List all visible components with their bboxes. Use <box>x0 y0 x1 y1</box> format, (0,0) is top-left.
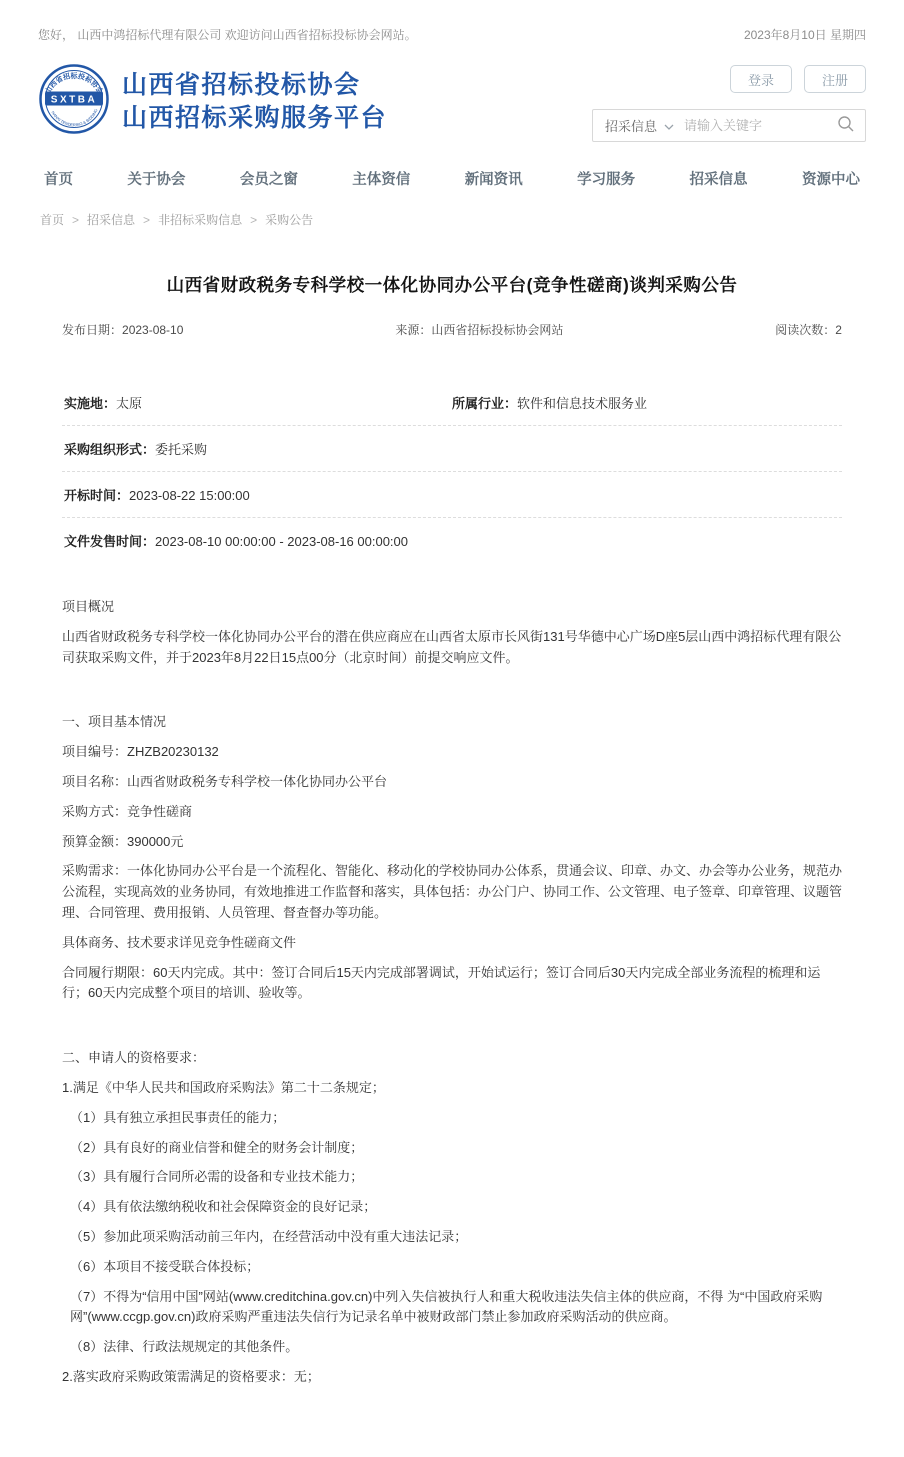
info-value: 2023-08-10 00:00:00 - 2023-08-16 00:00:0… <box>155 534 408 549</box>
article-paragraph: 山西省财政税务专科学校一体化协同办公平台的潜在供应商应在山西省太原市长风街131… <box>62 627 842 669</box>
info-cell: 文件发售时间：2023-08-10 00:00:00 - 2023-08-16 … <box>64 531 452 550</box>
article-paragraph: 2.落实政府采购政策需满足的资格要求：无； <box>62 1367 842 1388</box>
association-seal-logo-icon: 山西省招标投标协会 SXTBA SHANXI TENDERING & BIDDI… <box>38 63 110 140</box>
article-paragraph: 项目名称：山西省财政税务专科学校一体化协同办公平台 <box>62 772 842 793</box>
nav-item-2[interactable]: 会员之窗 <box>240 168 298 189</box>
info-row: 开标时间：2023-08-22 15:00:00 <box>62 472 842 518</box>
search-category-dropdown[interactable]: 招采信息 <box>593 116 684 135</box>
site-title-line1: 山西省招标投标协会 <box>122 69 387 102</box>
topbar: 您好， 山西中鸿招标代理有限公司 欢迎访问山西省招标投标协会网站。 2023年8… <box>0 0 904 49</box>
article-paragraph: 采购方式：竞争性磋商 <box>62 802 842 823</box>
article-paragraph: 采购需求：一体化协同办公平台是一个流程化、智能化、移动化的学校协同办公体系，贯通… <box>62 861 842 923</box>
article-paragraph: 合同履行期限：60天内完成。其中：签订合同后15天内完成部署调试，开始试运行；签… <box>62 963 842 1005</box>
topbar-date: 2023年8月10日 星期四 <box>744 26 866 43</box>
info-cell: 开标时间：2023-08-22 15:00:00 <box>64 485 452 504</box>
auth-buttons: 登录 注册 <box>730 65 866 93</box>
article-paragraph: （7）不得为“信用中国”网站(www.creditchina.gov.cn)中列… <box>62 1287 842 1329</box>
info-label: 实施地： <box>64 396 116 411</box>
info-table: 实施地：太原所属行业：软件和信息技术服务业采购组织形式：委托采购开标时间：202… <box>62 380 842 563</box>
svg-text:SXTBA: SXTBA <box>51 95 97 106</box>
info-cell: 采购组织形式：委托采购 <box>64 439 452 458</box>
info-value: 2023-08-22 15:00:00 <box>129 488 250 503</box>
breadcrumb-separator: > <box>143 213 150 227</box>
article: 山西省财政税务专科学校一体化协同办公平台(竞争性磋商)谈判采购公告 发布日期：2… <box>38 228 866 1457</box>
article-paragraph: （3）具有履行合同所必需的设备和专业技术能力； <box>62 1167 842 1188</box>
search-input[interactable] <box>684 118 827 133</box>
article-paragraph: 具体商务、技术要求详见竞争性磋商文件 <box>62 933 842 954</box>
nav-item-3[interactable]: 主体资信 <box>352 168 410 189</box>
chevron-down-icon <box>664 118 674 133</box>
search-category-label: 招采信息 <box>605 116 657 135</box>
nav-item-1[interactable]: 关于协会 <box>127 168 185 189</box>
breadcrumb-separator: > <box>250 213 257 227</box>
breadcrumb-item-3: 采购公告 <box>265 211 313 228</box>
register-button[interactable]: 注册 <box>804 65 866 93</box>
article-paragraph: （6）本项目不接受联合体投标； <box>62 1257 842 1278</box>
publish-date: 发布日期：2023-08-10 <box>62 321 183 338</box>
brand[interactable]: 山西省招标投标协会 SXTBA SHANXI TENDERING & BIDDI… <box>38 63 387 140</box>
nav-item-5[interactable]: 学习服务 <box>577 168 635 189</box>
read-count: 阅读次数：2 <box>775 321 842 338</box>
article-paragraph: 项目概况 <box>62 597 842 618</box>
breadcrumb: 首页>招采信息>非招标采购信息>采购公告 <box>0 189 904 228</box>
article-source: 来源：山西省招标投标协会网站 <box>395 321 563 338</box>
info-value: 委托采购 <box>155 442 207 457</box>
header-right: 登录 注册 招采信息 <box>592 63 866 142</box>
nav-item-7[interactable]: 资源中心 <box>802 168 860 189</box>
article-paragraph: （2）具有良好的商业信誉和健全的财务会计制度； <box>62 1138 842 1159</box>
info-row: 实施地：太原所属行业：软件和信息技术服务业 <box>62 380 842 426</box>
site-header: 山西省招标投标协会 SXTBA SHANXI TENDERING & BIDDI… <box>0 49 904 148</box>
article-paragraph: 预算金额：390000元 <box>62 832 842 853</box>
article-paragraph: 一、项目基本情况 <box>62 712 842 733</box>
page-title: 山西省财政税务专科学校一体化协同办公平台(竞争性磋商)谈判采购公告 <box>62 272 842 297</box>
info-cell: 实施地：太原 <box>64 393 452 412</box>
nav-item-6[interactable]: 招采信息 <box>690 168 748 189</box>
article-paragraph: （8）法律、行政法规规定的其他条件。 <box>62 1337 842 1358</box>
info-label: 文件发售时间： <box>64 534 155 549</box>
article-paragraph: （1）具有独立承担民事责任的能力； <box>62 1108 842 1129</box>
article-body: 项目概况山西省财政税务专科学校一体化协同办公平台的潜在供应商应在山西省太原市长风… <box>62 597 842 1388</box>
info-label: 采购组织形式： <box>64 442 155 457</box>
info-label: 开标时间： <box>64 488 129 503</box>
info-row: 采购组织形式：委托采购 <box>62 426 842 472</box>
info-label: 所属行业： <box>452 396 517 411</box>
info-value: 软件和信息技术服务业 <box>517 396 647 411</box>
login-button[interactable]: 登录 <box>730 65 792 93</box>
site-title-line2: 山西招标采购服务平台 <box>122 102 387 135</box>
breadcrumb-item-1[interactable]: 招采信息 <box>87 211 135 228</box>
article-paragraph: 二、申请人的资格要求： <box>62 1048 842 1069</box>
nav-item-4[interactable]: 新闻资讯 <box>465 168 523 189</box>
search-button[interactable] <box>827 115 865 136</box>
main-nav: 首页关于协会会员之窗主体资信新闻资讯学习服务招采信息资源中心 <box>0 148 904 189</box>
topbar-greeting: 您好， 山西中鸿招标代理有限公司 欢迎访问山西省招标投标协会网站。 <box>38 26 417 43</box>
info-cell: 所属行业：软件和信息技术服务业 <box>452 393 840 412</box>
site-title: 山西省招标投标协会 山西招标采购服务平台 <box>122 69 387 134</box>
article-paragraph: 1.满足《中华人民共和国政府采购法》第二十二条规定； <box>62 1078 842 1099</box>
info-row: 文件发售时间：2023-08-10 00:00:00 - 2023-08-16 … <box>62 518 842 563</box>
article-meta: 发布日期：2023-08-10 来源：山西省招标投标协会网站 阅读次数：2 <box>62 321 842 338</box>
nav-item-0[interactable]: 首页 <box>44 168 73 189</box>
article-paragraph: （4）具有依法缴纳税收和社会保障资金的良好记录； <box>62 1197 842 1218</box>
search-icon <box>837 115 855 136</box>
article-paragraph: 项目编号：ZHZB20230132 <box>62 742 842 763</box>
article-paragraph: （5）参加此项采购活动前三年内，在经营活动中没有重大违法记录； <box>62 1227 842 1248</box>
breadcrumb-item-0[interactable]: 首页 <box>40 211 64 228</box>
search-bar: 招采信息 <box>592 109 866 142</box>
breadcrumb-separator: > <box>72 213 79 227</box>
breadcrumb-item-2[interactable]: 非招标采购信息 <box>158 211 242 228</box>
info-value: 太原 <box>116 396 142 411</box>
